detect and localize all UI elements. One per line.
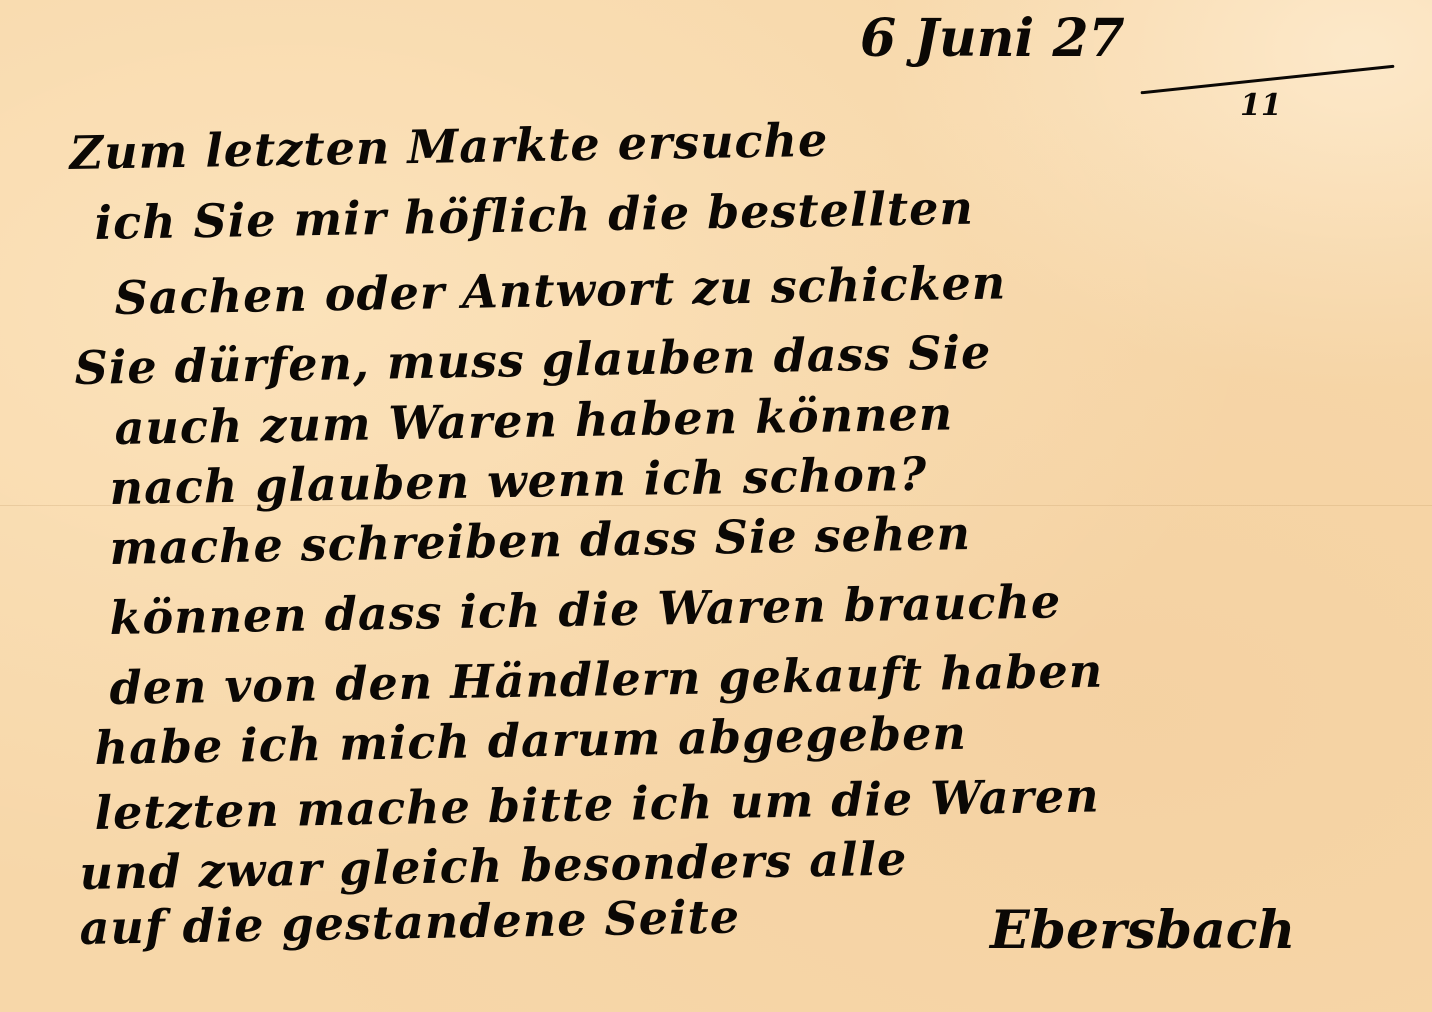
date-note: 11 <box>1240 88 1282 123</box>
letter-line-5: auch zum Waren haben können <box>114 390 953 451</box>
letter-sheet: 6 Juni 27 11 Zum letzten Markte ersuche … <box>0 0 1432 1012</box>
letter-line-9: den von den Händlern gekauft haben <box>109 648 1103 711</box>
letter-line-6: nach glauben wenn ich schon? <box>109 451 927 511</box>
letter-line-11: letzten mache bitte ich um die Waren <box>94 772 1100 836</box>
letter-line-4: Sie dürfen, muss glauben dass Sie <box>74 329 991 391</box>
letter-line-2: ich Sie mir höflich die bestellten <box>94 185 974 246</box>
signature: Ebersbach <box>990 900 1295 961</box>
letter-line-10: habe ich mich darum abgegeben <box>94 710 967 771</box>
letter-line-12: und zwar gleich besonders alle <box>79 836 907 896</box>
letter-date: 6 Juni 27 <box>860 8 1125 69</box>
letter-line-1: Zum letzten Markte ersuche <box>69 117 828 176</box>
letter-line-8: können dass ich die Waren brauche <box>109 578 1061 641</box>
letter-line-3: Sachen oder Antwort zu schicken <box>114 259 1006 321</box>
letter-line-13: auf die gestandene Seite <box>79 893 740 951</box>
letter-line-7: mache schreiben dass Sie sehen <box>109 510 971 571</box>
